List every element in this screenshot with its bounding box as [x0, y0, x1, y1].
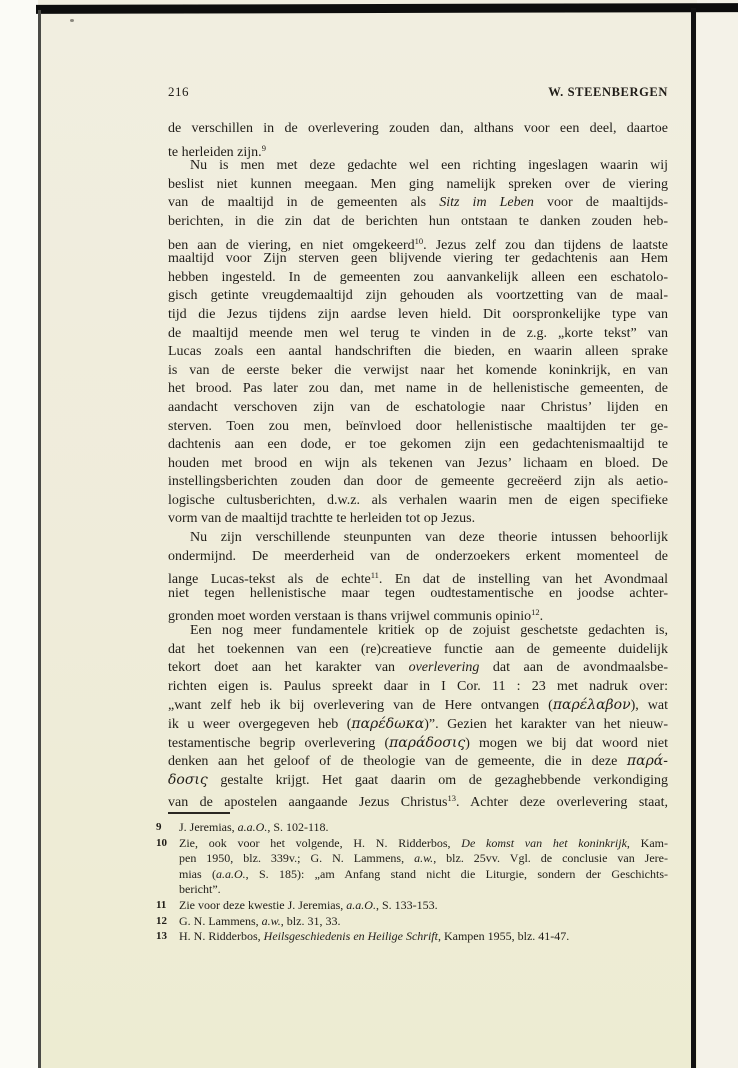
text-line: J. Jeremias, a.a.O., S. 102-118. — [179, 820, 668, 836]
footnote-number: 9 — [156, 820, 179, 836]
text-segment: van de maaltijd in de gemeenten als — [168, 195, 439, 210]
text-segment: Sitz im Leben — [439, 195, 534, 210]
text-line: niet tegen hellenistische maar tegen oud… — [168, 585, 668, 604]
page-header: 216 W. STEENBERGEN — [168, 84, 668, 100]
text-segment: aandacht verschoven zijn van de eschatol… — [168, 400, 668, 415]
greek-term: παρέδωκα — [351, 716, 424, 732]
text-segment: vorm van de maaltijd trachtte te herleid… — [168, 511, 475, 526]
text-segment: beslist niet kunnen meegaan. Men ging na… — [168, 177, 668, 192]
text-segment: Nu is men met deze gedachte wel een rich… — [190, 158, 668, 173]
paragraph: de verschillen in de overlevering zouden… — [168, 120, 668, 157]
text-segment: de verschillen in de overlevering zouden… — [168, 121, 668, 136]
text-line: richten eigen is. Paulus spreekt daar in… — [168, 678, 668, 697]
text-line: hebben ingesteld. In de gemeenten zou aa… — [168, 269, 668, 288]
text-segment: , blz. 25vv. Vgl. de conclusie van Jere- — [433, 851, 668, 865]
text-segment: niet tegen hellenistische maar tegen oud… — [168, 586, 668, 601]
text-segment: het brood. Pas later zou dan, met name i… — [168, 381, 668, 396]
photo-border-left — [38, 10, 41, 1068]
footnote: 13H. N. Ridderbos, Heilsgeschiedenis en … — [156, 929, 668, 945]
footnote-text: Zie voor deze kwestie J. Jeremias, a.a.O… — [179, 898, 668, 914]
text-segment: , S. 102-118. — [267, 820, 328, 834]
text-line: dat het toekennen van een (re)creatieve … — [168, 641, 668, 660]
text-line: mias (a.a.O., S. 185): „am Anfang stand … — [179, 867, 668, 883]
text-segment: instellingsberichten zouden dan door de … — [168, 474, 668, 489]
text-line: Nu is men met deze gedachte wel een rich… — [168, 157, 668, 176]
text-segment: tekort doet aan het karakter van — [168, 660, 409, 675]
text-line: de maaltijd meende men wel terug te vind… — [168, 325, 668, 344]
text-segment: gisch getinte vreugdemaaltijd zijn gehou… — [168, 288, 668, 303]
text-segment: , Kam- — [627, 836, 668, 850]
footnote-text: G. N. Lammens, a.w., blz. 31, 33. — [179, 914, 668, 930]
text-line: testamentische begrip overlevering (παρά… — [168, 734, 668, 753]
text-segment: bericht”. — [179, 882, 221, 896]
text-line: ik u weer overgegeven heb (παρέδωκα)”. G… — [168, 715, 668, 734]
text-line: Nu zijn verschillende steunpunten van de… — [168, 529, 668, 548]
text-segment: H. N. Ridderbos, — [179, 929, 264, 943]
text-segment: van de apostelen aangaande Jezus Christu… — [168, 795, 447, 810]
text-line: de verschillen in de overlevering zouden… — [168, 120, 668, 139]
text-line: lange Lucas-tekst als de echte11. En dat… — [168, 566, 668, 585]
text-segment: a.a.O. — [238, 820, 268, 834]
text-segment: Nu zijn verschillende steunpunten van de… — [190, 530, 668, 545]
text-segment: dachtenis aan een dode, er toe gekomen z… — [168, 437, 668, 452]
text-line: Een nog meer fundamentele kritiek op de … — [168, 622, 668, 641]
text-segment: voor de maaltijds- — [534, 195, 668, 210]
text-segment: Zie voor deze kwestie J. Jeremias, — [179, 898, 346, 912]
text-line: gisch getinte vreugdemaaltijd zijn gehou… — [168, 287, 668, 306]
footnotes: 9J. Jeremias, a.a.O., S. 102-118.10Zie, … — [156, 820, 668, 945]
text-segment: De komst van het koninkrijk — [461, 836, 627, 850]
text-segment: overlevering — [409, 660, 480, 675]
text-line: Lucas zoals een aantal handschriften die… — [168, 343, 668, 362]
text-segment: a.a.O. — [216, 867, 246, 881]
text-segment: houden met brood en wijn als tekenen van… — [168, 456, 668, 471]
greek-term: παρέλαβον — [553, 697, 631, 713]
footnote-rule — [168, 812, 230, 814]
text-segment: logische cultusberichten, d.w.z. als ver… — [168, 493, 668, 508]
text-segment: mias ( — [179, 867, 216, 881]
footnote-text: J. Jeremias, a.a.O., S. 102-118. — [179, 820, 668, 836]
text-segment: a.w. — [414, 851, 433, 865]
text-segment: , S. 133-153. — [376, 898, 438, 912]
footnote-number: 13 — [156, 929, 179, 945]
text-line: „want zelf heb ik bij overlevering van d… — [168, 696, 668, 715]
footnote-ref: 9 — [262, 143, 266, 153]
text-line: vorm van de maaltijd trachtte te herleid… — [168, 510, 668, 529]
text-line: houden met brood en wijn als tekenen van… — [168, 455, 668, 474]
text-line: δοσις gestalte krijgt. Het gaat daarin o… — [168, 771, 668, 790]
greek-term: παρά- — [627, 753, 668, 769]
footnote-number: 12 — [156, 914, 179, 930]
text-segment: dat het toekennen van een (re)creatieve … — [168, 642, 668, 657]
text-line: instellingsberichten zouden dan door de … — [168, 473, 668, 492]
footnote-ref: 12 — [531, 607, 540, 617]
paragraph: Een nog meer fundamentele kritiek op de … — [168, 622, 668, 808]
text-segment: is van de eerste beker die verwijst naar… — [168, 363, 668, 378]
text-segment: , S. 185): „am Anfang stand nicht die Li… — [246, 867, 668, 881]
text-line: dachtenis aan een dode, er toe gekomen z… — [168, 436, 668, 455]
photo-border-right — [691, 8, 696, 1068]
greek-term: δοσις — [168, 772, 208, 788]
text-line: bericht”. — [179, 882, 668, 898]
text-line: van de apostelen aangaande Jezus Christu… — [168, 789, 668, 808]
text-line: beslist niet kunnen meegaan. Men ging na… — [168, 176, 668, 195]
text-segment: J. Jeremias, — [179, 820, 238, 834]
footnote-text: Zie, ook voor het volgende, H. N. Ridder… — [179, 836, 668, 898]
text-segment: dat aan de avondmaalsbe- — [479, 660, 668, 675]
text-segment: gestalte krijgt. Het gaat daarin om de g… — [208, 773, 668, 788]
text-segment: ondermijnd. De meerderheid van de onderz… — [168, 549, 668, 564]
footnote-ref: 13 — [447, 793, 456, 803]
text-line: tekort doet aan het karakter van overlev… — [168, 659, 668, 678]
footnote: 11Zie voor deze kwestie J. Jeremias, a.a… — [156, 898, 668, 914]
text-segment: sterven. Toen zou men, beïnvloed door he… — [168, 419, 668, 434]
footnote-ref: 11 — [371, 570, 379, 580]
text-segment: denken aan het geloof of de theologie va… — [168, 754, 627, 769]
text-segment: Heilsgeschiedenis en Heilige Schrift — [264, 929, 438, 943]
text-segment: testamentische begrip overlevering ( — [168, 736, 389, 751]
text-line: is van de eerste beker die verwijst naar… — [168, 362, 668, 381]
text-segment: hebben ingesteld. In de gemeenten zou aa… — [168, 270, 668, 285]
scan-right-margin — [697, 0, 738, 1068]
text-segment: maaltijd voor Zijn sterven geen blijvend… — [168, 251, 668, 266]
text-segment: pen 1950, blz. 339v.; G. N. Lammens, — [179, 851, 414, 865]
photo-border-top — [36, 3, 738, 14]
text-line: berichten, in die zin dat de berichten h… — [168, 213, 668, 232]
text-line: ondermijnd. De meerderheid van de onderz… — [168, 548, 668, 567]
text-line: het brood. Pas later zou dan, met name i… — [168, 380, 668, 399]
text-segment: berichten, in die zin dat de berichten h… — [168, 214, 668, 229]
text-segment: ) mogen we bij dat woord niet — [465, 736, 668, 751]
footnote: 12G. N. Lammens, a.w., blz. 31, 33. — [156, 914, 668, 930]
text-line: te herleiden zijn.9 — [168, 139, 668, 158]
paragraph: Nu zijn verschillende steunpunten van de… — [168, 529, 668, 622]
text-segment: ), wat — [631, 698, 668, 713]
text-line: tijd die Jezus tijdens zijn aardse leven… — [168, 306, 668, 325]
scanned-book-page: 216 W. STEENBERGEN de verschillen in de … — [0, 0, 738, 1068]
footnote-text: H. N. Ridderbos, Heilsgeschiedenis en He… — [179, 929, 668, 945]
running-head: W. STEENBERGEN — [548, 85, 668, 100]
text-segment: a.w. — [262, 914, 281, 928]
text-segment: G. N. Lammens, — [179, 914, 262, 928]
text-segment: Een nog meer fundamentele kritiek op de … — [190, 623, 668, 638]
text-line: sterven. Toen zou men, beïnvloed door he… — [168, 418, 668, 437]
text-line: denken aan het geloof of de theologie va… — [168, 752, 668, 771]
text-line: gronden moet worden verstaan is thans vr… — [168, 603, 668, 622]
footnote-number: 10 — [156, 836, 179, 898]
text-segment: , blz. 31, 33. — [281, 914, 341, 928]
text-segment: , Kampen 1955, blz. 41-47. — [438, 929, 569, 943]
text-line: H. N. Ridderbos, Heilsgeschiedenis en He… — [179, 929, 668, 945]
text-segment: )”. Gezien het karakter van het nieuw- — [424, 717, 668, 732]
paragraph: Nu is men met deze gedachte wel een rich… — [168, 157, 668, 529]
ink-speck — [70, 19, 74, 22]
footnote-ref: 10 — [415, 236, 424, 246]
text-line: Zie voor deze kwestie J. Jeremias, a.a.O… — [179, 898, 668, 914]
text-line: van de maaltijd in de gemeenten als Sitz… — [168, 194, 668, 213]
text-segment: . Achter deze overlevering staat, — [456, 795, 668, 810]
text-segment: richten eigen is. Paulus spreekt daar in… — [168, 679, 668, 694]
text-segment: Zie, ook voor het volgende, H. N. Ridder… — [179, 836, 461, 850]
text-segment: „want zelf heb ik bij overlevering van d… — [168, 698, 553, 713]
footnote: 9J. Jeremias, a.a.O., S. 102-118. — [156, 820, 668, 836]
text-line: aandacht verschoven zijn van de eschatol… — [168, 399, 668, 418]
footnote-number: 11 — [156, 898, 179, 914]
body-text: de verschillen in de overlevering zouden… — [168, 120, 668, 808]
text-line: logische cultusberichten, d.w.z. als ver… — [168, 492, 668, 511]
text-segment: tijd die Jezus tijdens zijn aardse leven… — [168, 307, 668, 322]
text-line: maaltijd voor Zijn sterven geen blijvend… — [168, 250, 668, 269]
footnote: 10Zie, ook voor het volgende, H. N. Ridd… — [156, 836, 668, 898]
greek-term: παράδοσις — [389, 735, 465, 751]
text-line: Zie, ook voor het volgende, H. N. Ridder… — [179, 836, 668, 852]
text-segment: Lucas zoals een aantal handschriften die… — [168, 344, 668, 359]
text-line: pen 1950, blz. 339v.; G. N. Lammens, a.w… — [179, 851, 668, 867]
text-segment: de maaltijd meende men wel terug te vind… — [168, 326, 668, 341]
page-number: 216 — [168, 84, 189, 100]
text-line: G. N. Lammens, a.w., blz. 31, 33. — [179, 914, 668, 930]
text-segment: ik u weer overgegeven heb ( — [168, 717, 351, 732]
text-segment: a.a.O. — [346, 898, 376, 912]
text-line: ben aan de viering, en niet omgekeerd10.… — [168, 232, 668, 251]
